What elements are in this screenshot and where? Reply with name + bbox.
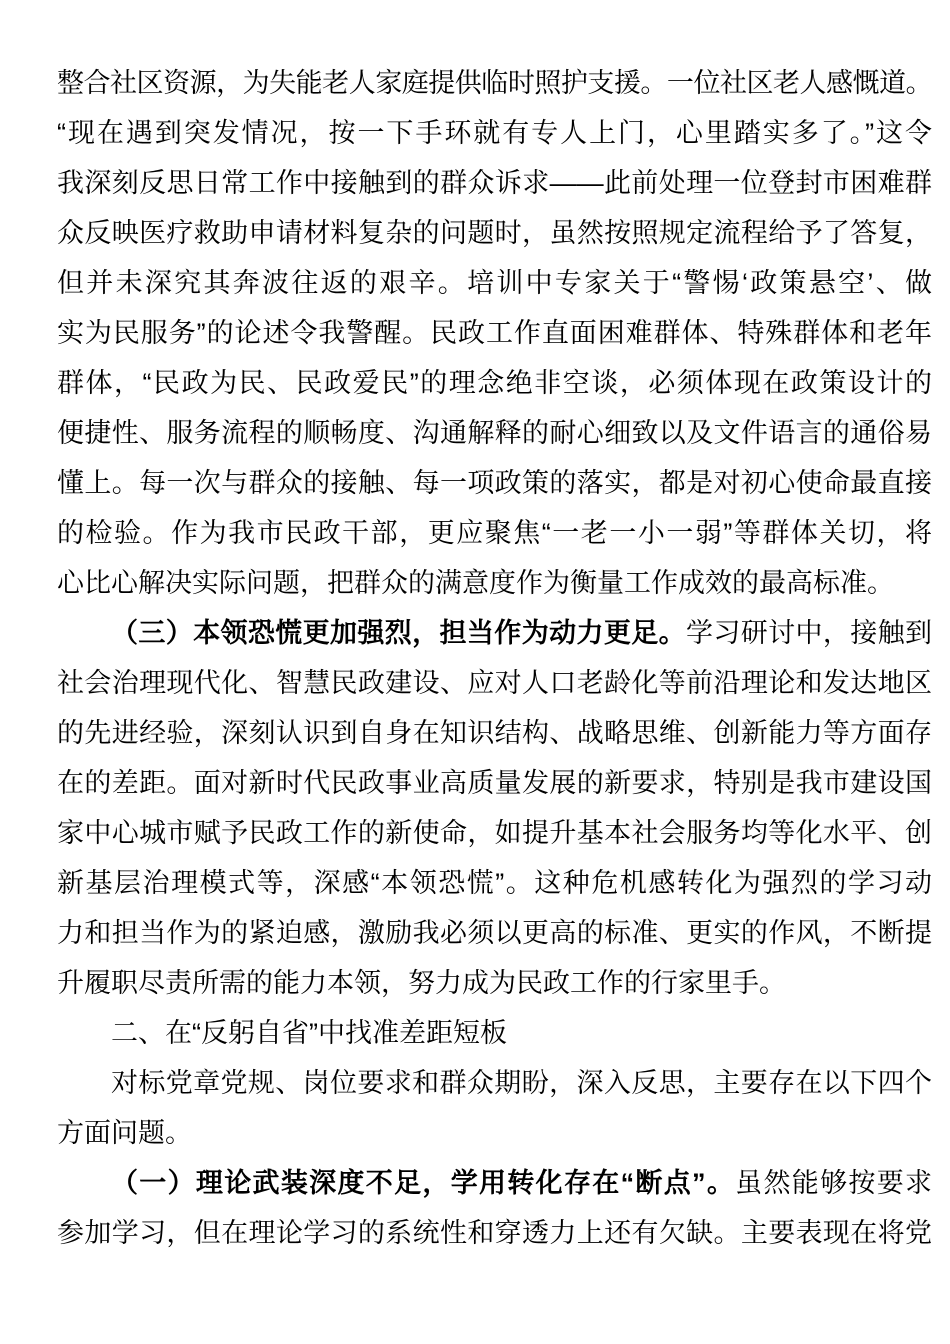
body-text: 虽然能够按要求 (735, 1168, 932, 1198)
document-page: 整合社区资源，为失能老人家庭提供临时照护支援。一位社区老人感慨道。 “现在遇到突… (0, 0, 950, 1344)
body-text: 方面问题。 (57, 1118, 192, 1148)
body-line: “现在遇到突发情况，按一下手环就有专人上门，心里踏实多了。”这令 (57, 108, 932, 158)
body-text: 但并未深究其奔波往返的艰辛。培训中专家关于“警惕‘政策悬空’、做 (57, 268, 932, 298)
body-text: 学习研讨中，接触到 (686, 618, 932, 648)
body-line: 家中心城市赋予民政工作的新使命，如提升基本社会服务均等化水平、创 (57, 808, 932, 858)
body-line: 参加学习，但在理论学习的系统性和穿透力上还有欠缺。主要表现在将党 (57, 1208, 932, 1258)
body-text: 众反映医疗救助申请材料复杂的问题时，虽然按照规定流程给予了答复， (57, 218, 932, 248)
paragraph-end-line: 方面问题。 (57, 1108, 932, 1158)
body-line: 在的差距。面对新时代民政事业高质量发展的新要求，特别是我市建设国 (57, 758, 932, 808)
body-text: 力和担当作为的紧迫感，激励我必须以更高的标准、更实的作风，不断提 (57, 918, 932, 948)
body-line: 便捷性、服务流程的顺畅度、沟通解释的耐心细致以及文件语言的通俗易 (57, 408, 932, 458)
body-text: 升履职尽责所需的能力本领，努力成为民政工作的行家里手。 (57, 968, 786, 998)
body-line: 社会治理现代化、智慧民政建设、应对人口老龄化等前沿理论和发达地区 (57, 658, 932, 708)
body-line: 懂上。每一次与群众的接触、每一项政策的落实，都是对初心使命最直接 (57, 458, 932, 508)
document-body: 整合社区资源，为失能老人家庭提供临时照护支援。一位社区老人感慨道。 “现在遇到突… (57, 58, 932, 1258)
paragraph-end-line: 升履职尽责所需的能力本领，努力成为民政工作的行家里手。 (57, 958, 932, 1008)
body-line: 的检验。作为我市民政干部，更应聚焦“一老一小一弱”等群体关切，将 (57, 508, 932, 558)
body-line: 力和担当作为的紧迫感，激励我必须以更高的标准、更实的作风，不断提 (57, 908, 932, 958)
body-text: 新基层治理模式等，深感“本领恐慌”。这种危机感转化为强烈的学习动 (57, 868, 932, 898)
body-line: 整合社区资源，为失能老人家庭提供临时照护支援。一位社区老人感慨道。 (57, 58, 932, 108)
body-text: “现在遇到突发情况，按一下手环就有专人上门，心里踏实多了。”这令 (57, 118, 932, 148)
body-line: 的先进经验，深刻认识到自身在知识结构、战略思维、创新能力等方面存 (57, 708, 932, 758)
body-text: 实为民服务”的论述令我警醒。民政工作直面困难群体、特殊群体和老年 (57, 318, 932, 348)
paragraph-end-line: 心比心解决实际问题，把群众的满意度作为衡量工作成效的最高标准。 (57, 558, 932, 608)
section-heading: 二、在“反躬自省”中找准差距短板 (57, 1008, 932, 1058)
body-text: 心比心解决实际问题，把群众的满意度作为衡量工作成效的最高标准。 (57, 568, 894, 598)
body-line: 新基层治理模式等，深感“本领恐慌”。这种危机感转化为强烈的学习动 (57, 858, 932, 908)
paragraph-start-line: （三）本领恐慌更加强烈，担当作为动力更足。学习研讨中，接触到 (57, 608, 932, 658)
body-text: 的先进经验，深刻认识到自身在知识结构、战略思维、创新能力等方面存 (57, 718, 932, 748)
body-text: 我深刻反思日常工作中接触到的群众诉求——此前处理一位登封市困难群 (57, 168, 932, 198)
body-text: 懂上。每一次与群众的接触、每一项政策的落实，都是对初心使命最直接 (57, 468, 932, 498)
body-text: 群体，“民政为民、民政爱民”的理念绝非空谈，必须体现在政策设计的 (57, 368, 932, 398)
body-text: 的检验。作为我市民政干部，更应聚焦“一老一小一弱”等群体关切，将 (57, 518, 932, 548)
paragraph-lead-bold: （三）本领恐慌更加强烈，担当作为动力更足。 (111, 618, 686, 648)
body-text: 社会治理现代化、智慧民政建设、应对人口老龄化等前沿理论和发达地区 (57, 668, 932, 698)
body-line: 实为民服务”的论述令我警醒。民政工作直面困难群体、特殊群体和老年 (57, 308, 932, 358)
body-text: 对标党章党规、岗位要求和群众期盼，深入反思，主要存在以下四个 (111, 1068, 932, 1098)
body-text: 整合社区资源，为失能老人家庭提供临时照护支援。一位社区老人感慨道。 (57, 68, 932, 98)
body-text: 参加学习，但在理论学习的系统性和穿透力上还有欠缺。主要表现在将党 (57, 1218, 932, 1248)
section-heading-text: 二、在“反躬自省”中找准差距短板 (111, 1018, 507, 1048)
paragraph-start-line: 对标党章党规、岗位要求和群众期盼，深入反思，主要存在以下四个 (57, 1058, 932, 1108)
paragraph-start-line: （一）理论武装深度不足，学用转化存在“断点”。虽然能够按要求 (57, 1158, 932, 1208)
body-line: 我深刻反思日常工作中接触到的群众诉求——此前处理一位登封市困难群 (57, 158, 932, 208)
body-text: 家中心城市赋予民政工作的新使命，如提升基本社会服务均等化水平、创 (57, 818, 932, 848)
body-text: 便捷性、服务流程的顺畅度、沟通解释的耐心细致以及文件语言的通俗易 (57, 418, 932, 448)
body-text: 在的差距。面对新时代民政事业高质量发展的新要求，特别是我市建设国 (57, 768, 932, 798)
paragraph-lead-bold: （一）理论武装深度不足，学用转化存在“断点”。 (111, 1168, 735, 1198)
body-line: 但并未深究其奔波往返的艰辛。培训中专家关于“警惕‘政策悬空’、做 (57, 258, 932, 308)
body-line: 众反映医疗救助申请材料复杂的问题时，虽然按照规定流程给予了答复， (57, 208, 932, 258)
body-line: 群体，“民政为民、民政爱民”的理念绝非空谈，必须体现在政策设计的 (57, 358, 932, 408)
